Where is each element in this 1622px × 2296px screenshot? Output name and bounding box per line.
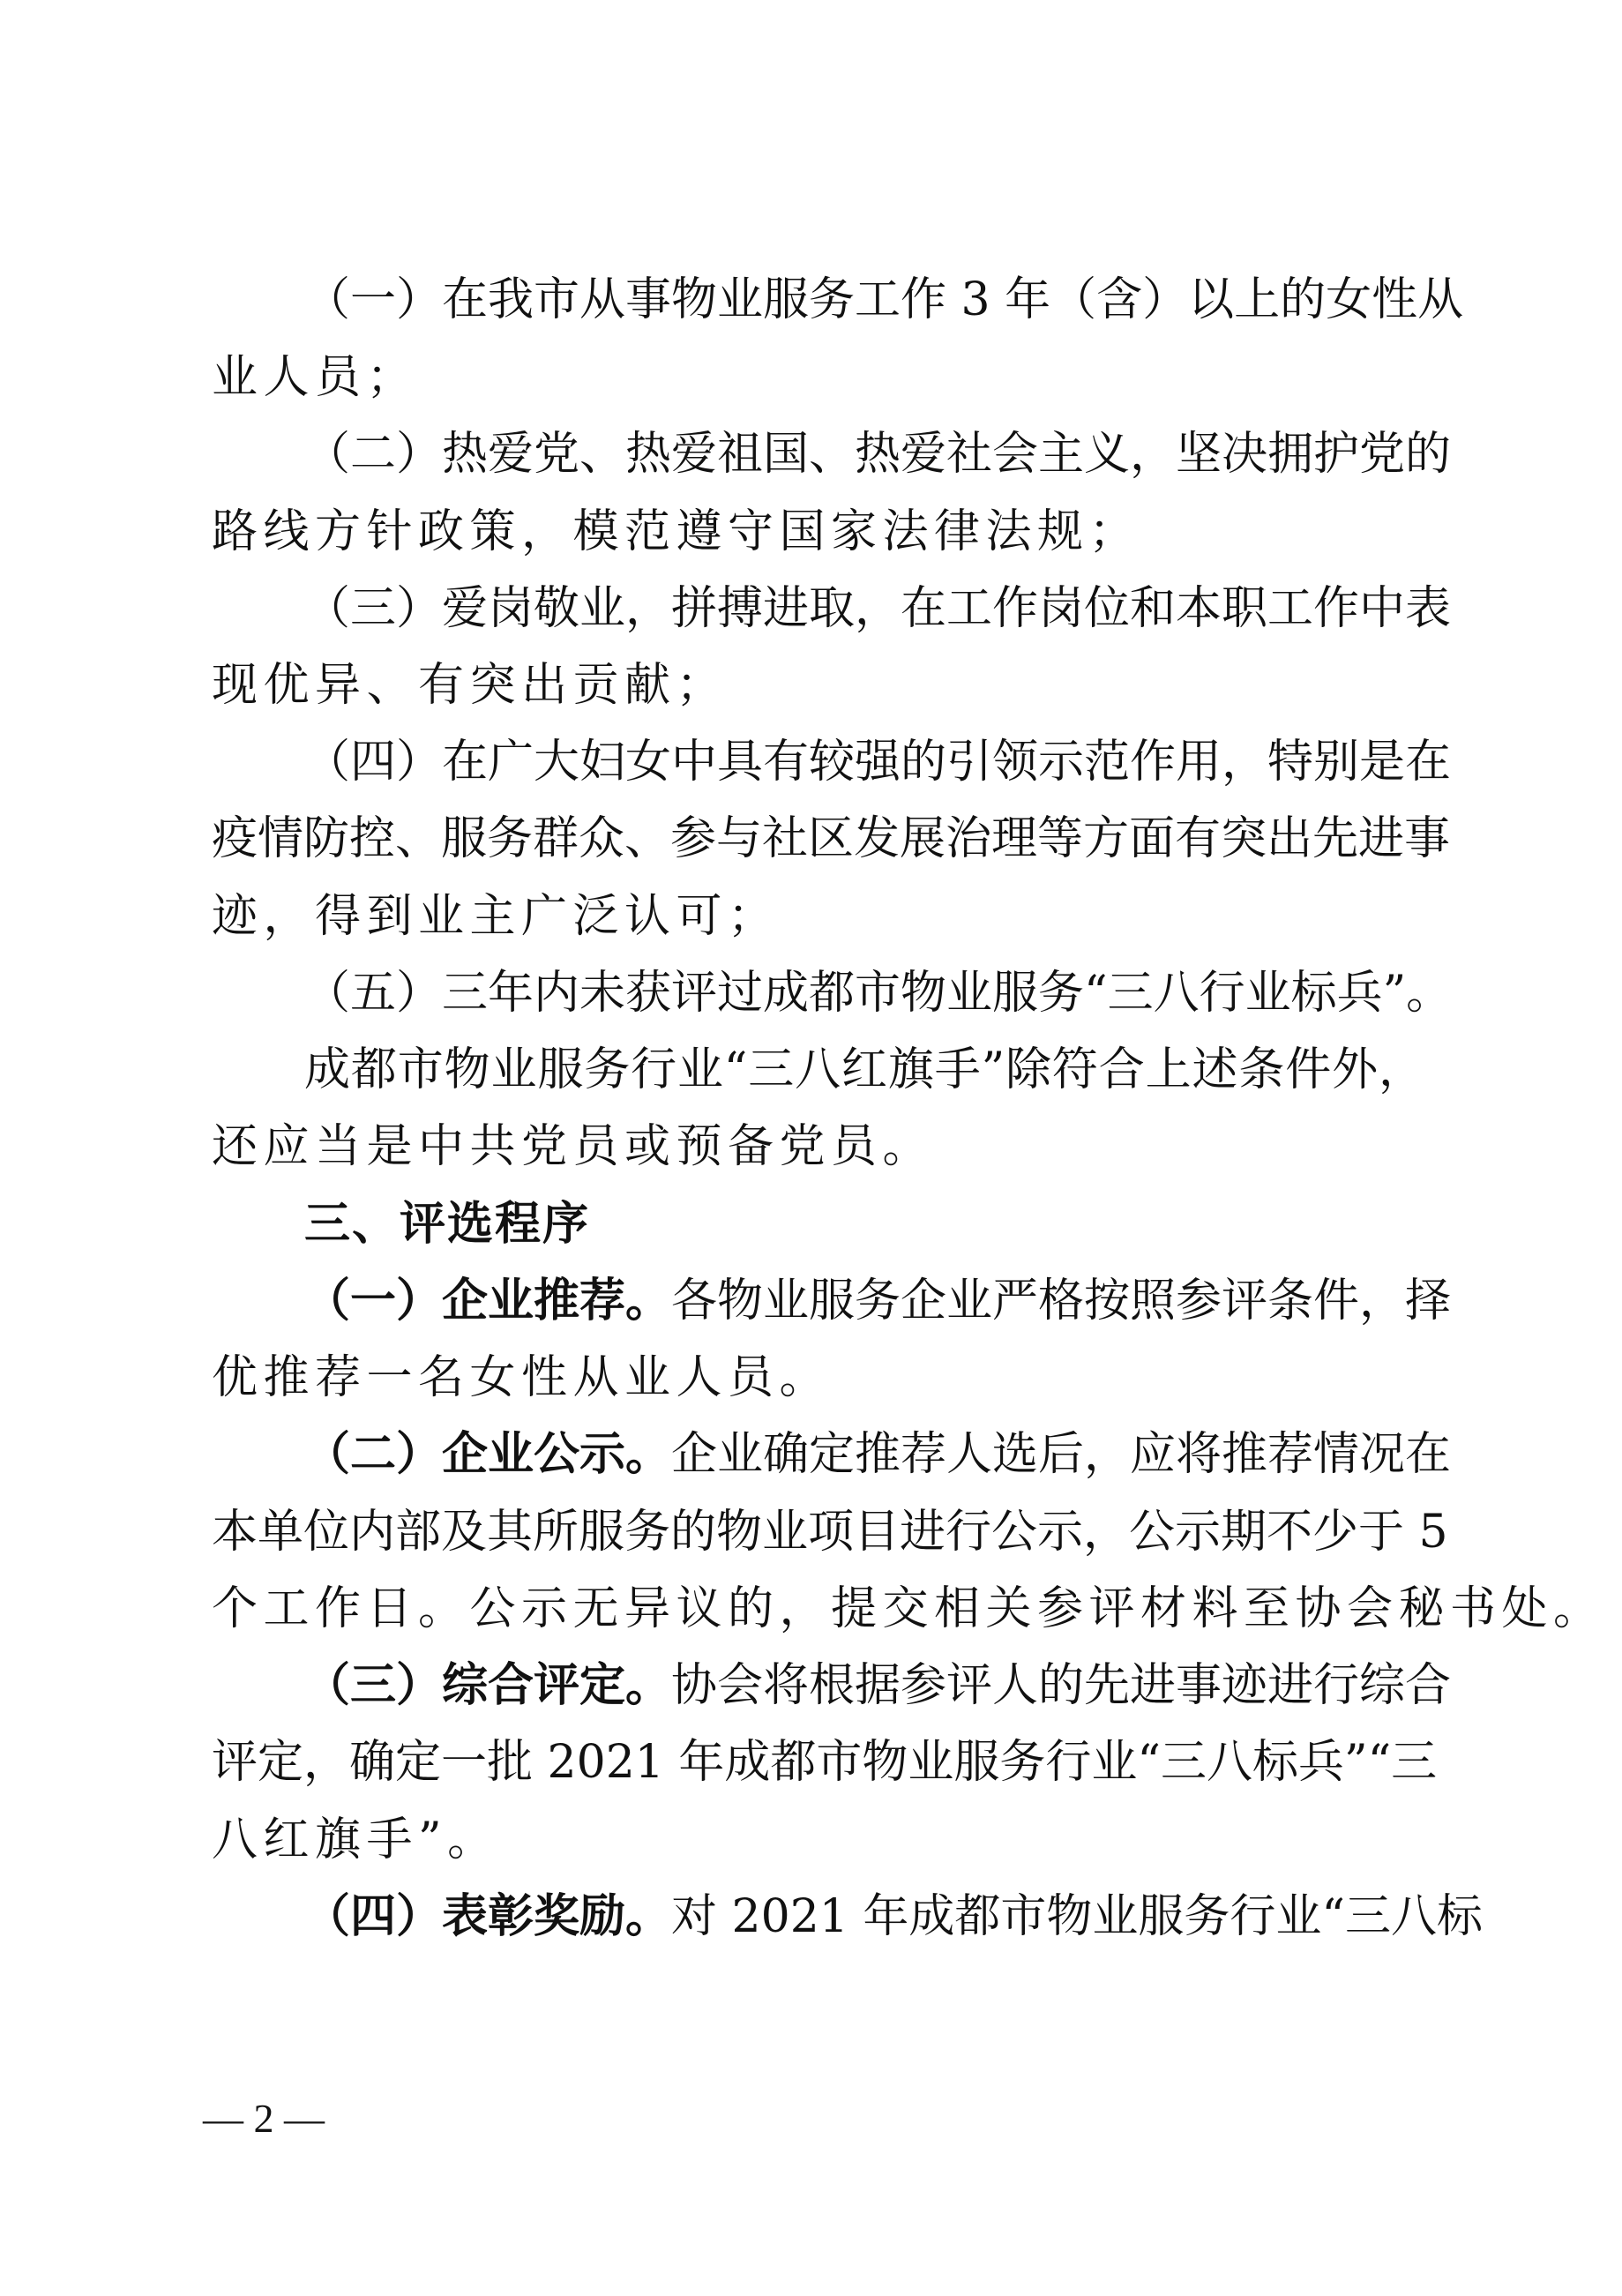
page-number: — 2 —: [203, 2092, 325, 2145]
paragraph-line: （二）企业公示。企业确定推荐人选后，应将推荐情况在: [304, 1424, 1424, 1485]
text-segment: 各物业服务企业严格按照参评条件，择: [671, 1275, 1451, 1327]
text-segment: （五）三年内未获评过成都市物业服务“三八行业标兵”。: [304, 967, 1452, 1020]
text-segment: （四）在广大妇女中具有较强的引领示范作用，特别是在: [304, 736, 1451, 789]
paragraph-line: 优推荐一名女性从业人员。: [212, 1347, 1424, 1409]
paragraph-line: 现优异、有突出贡献；: [212, 654, 1424, 716]
paragraph-line: 业人员；: [212, 347, 1424, 408]
heading-text: 三、评选程序: [304, 1198, 590, 1251]
step-title: （一）企业推荐。: [304, 1275, 671, 1327]
text-segment: 优推荐一名女性从业人员。: [212, 1351, 831, 1404]
text-segment: 业人员；: [212, 351, 418, 404]
text-segment: 企业确定推荐人选后，应将推荐情况在: [671, 1428, 1451, 1481]
text-segment: 迹，得到业主广泛认可；: [212, 890, 780, 943]
paragraph-line: 评定，确定一批 2021 年成都市物业服务行业“三八标兵”“三: [212, 1731, 1424, 1793]
paragraph-line: 八红旗手”。: [212, 1809, 1424, 1871]
text-segment: 成都市物业服务行业“三八红旗手”除符合上述条件外，: [304, 1043, 1424, 1096]
paragraph-line: 成都市物业服务行业“三八红旗手”除符合上述条件外，: [304, 1039, 1424, 1101]
text-segment: 疫情防控、服务群众、参与社区发展治理等方面有突出先进事: [212, 812, 1450, 865]
text-segment: 还应当是中共党员或预备党员。: [212, 1120, 934, 1173]
paragraph-line: （三）综合评定。协会将根据参评人的先进事迹进行综合: [304, 1655, 1424, 1716]
text-segment: 评定，确定一批 2021 年成都市物业服务行业“三八标兵”“三: [212, 1736, 1437, 1789]
step-title: （三）综合评定。: [304, 1659, 671, 1712]
section-heading: 三、评选程序: [304, 1193, 1424, 1255]
paragraph-line: （一）企业推荐。各物业服务企业严格按照参评条件，择: [304, 1270, 1424, 1332]
paragraph-line: （二）热爱党、热爱祖国、热爱社会主义，坚决拥护党的: [304, 423, 1424, 485]
text-segment: 本单位内部及其所服务的物业项目进行公示，公示期不少于 5: [212, 1506, 1448, 1559]
text-segment: 对 2021 年成都市物业服务行业“三八标: [671, 1890, 1483, 1943]
text-segment: （三）爱岗敬业，拼搏进取，在工作岗位和本职工作中表: [304, 582, 1451, 635]
paragraph-line: （四）在广大妇女中具有较强的引领示范作用，特别是在: [304, 731, 1424, 793]
paragraph-line: （五）三年内未获评过成都市物业服务“三八行业标兵”。: [304, 962, 1424, 1024]
text-segment: （一）在我市从事物业服务工作 3 年（含）以上的女性从: [304, 273, 1463, 326]
paragraph-line: 个工作日。公示无异议的，提交相关参评材料至协会秘书处。: [212, 1578, 1424, 1640]
paragraph-line: 还应当是中共党员或预备党员。: [212, 1116, 1424, 1178]
text-segment: 协会将根据参评人的先进事迹进行综合: [671, 1659, 1451, 1712]
text-segment: 个工作日。公示无异议的，提交相关参评材料至协会秘书处。: [212, 1582, 1605, 1635]
paragraph-line: 路线方针政策，模范遵守国家法律法规；: [212, 501, 1424, 563]
text-segment: 路线方针政策，模范遵守国家法律法规；: [212, 505, 1140, 558]
step-title: （四）表彰奖励。: [304, 1890, 671, 1943]
text-segment: 现优异、有突出贡献；: [212, 659, 728, 712]
document-page: （一）在我市从事物业服务工作 3 年（含）以上的女性从 业人员； （二）热爱党、…: [0, 0, 1622, 2296]
paragraph-line: （一）在我市从事物业服务工作 3 年（含）以上的女性从: [304, 269, 1424, 331]
paragraph-line: （四）表彰奖励。对 2021 年成都市物业服务行业“三八标: [304, 1886, 1424, 1948]
text-segment: （二）热爱党、热爱祖国、热爱社会主义，坚决拥护党的: [304, 428, 1451, 481]
text-segment: 八红旗手”。: [212, 1814, 499, 1866]
paragraph-line: 疫情防控、服务群众、参与社区发展治理等方面有突出先进事: [212, 808, 1424, 870]
step-title: （二）企业公示。: [304, 1428, 671, 1481]
paragraph-line: （三）爱岗敬业，拼搏进取，在工作岗位和本职工作中表: [304, 578, 1424, 639]
paragraph-line: 迹，得到业主广泛认可；: [212, 886, 1424, 947]
paragraph-line: 本单位内部及其所服务的物业项目进行公示，公示期不少于 5: [212, 1501, 1424, 1563]
